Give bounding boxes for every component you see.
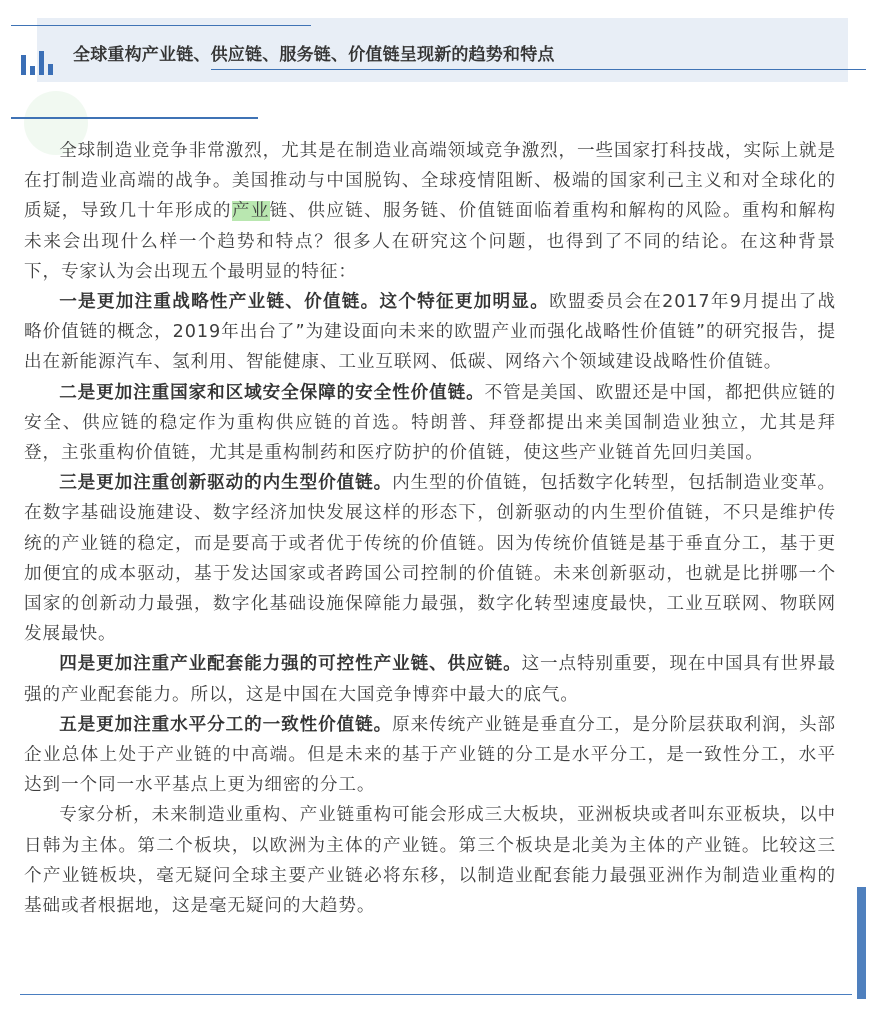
highlighted-text: 产业 — [232, 201, 270, 221]
page-title: 全球重构产业链、供应链、服务链、价值链呈现新的趋势和特点 — [73, 40, 555, 65]
point-heading: 四是更加注重产业配套能力强的可控性产业链、供应链。 — [59, 654, 521, 674]
decorative-line-title — [211, 69, 866, 70]
paragraph-point-1: 一是更加注重战略性产业链、价值链。这个特征更加明显。欧盟委员会在2017年9月提… — [24, 287, 836, 378]
point-heading: 五是更加注重水平分工的一致性价值链。 — [59, 715, 392, 735]
point-heading: 一是更加注重战略性产业链、价值链。这个特征更加明显。 — [59, 292, 549, 312]
decorative-line-under-header — [11, 117, 258, 119]
paragraph-intro: 全球制造业竞争非常激烈，尤其是在制造业高端领域竞争激烈，一些国家打科技战，实际上… — [24, 136, 836, 287]
article-body: 全球制造业竞争非常激烈，尤其是在制造业高端领域竞争激烈，一些国家打科技战，实际上… — [24, 136, 836, 921]
paragraph-point-4: 四是更加注重产业配套能力强的可控性产业链、供应链。这一点特别重要，现在中国具有世… — [24, 649, 836, 709]
decorative-line-bottom — [20, 994, 852, 995]
paragraph-point-5: 五是更加注重水平分工的一致性价值链。原来传统产业链是垂直分工，是分阶层获取利润，… — [24, 710, 836, 801]
point-heading: 三是更加注重创新驱动的内生型价值链。 — [59, 473, 392, 493]
decorative-line-top — [11, 25, 311, 26]
paragraph-point-3: 三是更加注重创新驱动的内生型价值链。内生型的价值链，包括数字化转型，包括制造业变… — [24, 468, 836, 649]
decorative-side-bar — [857, 887, 866, 999]
paragraph-conclusion: 专家分析，未来制造业重构、产业链重构可能会形成三大板块，亚洲板块或者叫东亚板块，… — [24, 800, 836, 921]
bar-chart-icon — [21, 51, 57, 75]
paragraph-point-2: 二是更加注重国家和区域安全保障的安全性价值链。不管是美国、欧盟还是中国，都把供应… — [24, 378, 836, 469]
point-heading: 二是更加注重国家和区域安全保障的安全性价值链。 — [59, 383, 484, 403]
